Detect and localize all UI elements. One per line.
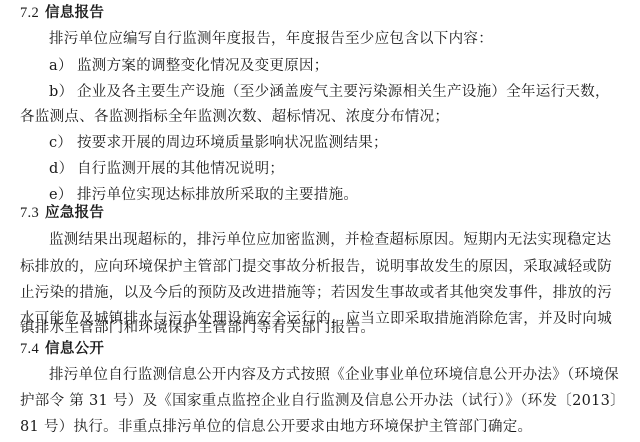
- paragraph-line: 排污单位自行监测信息公开内容及方式按照《企业事业单位环境信息公开办法》（环境保: [49, 365, 619, 385]
- paragraph-line: 镇排水主管部门和环境保护主管部门等有关部门报告。: [20, 318, 375, 338]
- section-heading-7-3: 7.3应急报告: [20, 203, 104, 223]
- list-item-a: a）监测方案的调整变化情况及变更原因；: [49, 56, 329, 76]
- list-item-c: c）按要求开展的周边环境质量影响状况监测结果；: [49, 133, 388, 153]
- list-item-b: b）企业及各主要生产设施（至少涵盖废气主要污染源相关生产设施）全年运行天数，: [49, 82, 610, 102]
- paragraph-intro: 排污单位应编写自行监测年度报告，年度报告至少应包含以下内容：: [49, 29, 493, 49]
- document-page: 7.2信息报告 排污单位应编写自行监测年度报告，年度报告至少应包含以下内容： a…: [0, 0, 640, 442]
- paragraph-line: 监测结果出现超标的，排污单位应加密监测，并检查超标原因。短期内无法实现稳定达: [49, 230, 611, 250]
- paragraph-line: 止污染的措施，以及今后的预防及改进措施等；若因发生事故或者其他突发事件，排放的污: [20, 283, 612, 303]
- list-item-e: e）排污单位实现达标排放所采取的主要措施。: [49, 185, 358, 205]
- paragraph-line: 81 号）执行。非重点排污单位的信息公开要求由地方环境保护主管部门确定。: [20, 417, 532, 437]
- section-heading-7-4: 7.4信息公开: [20, 339, 104, 359]
- paragraph-line: 护部令 第 31 号）及《国家重点监控企业自行监测及信息公开办法（试行）》（环发…: [20, 391, 625, 411]
- list-item-b-continuation: 各监测点、各监测指标全年监测次数、超标情况、浓度分布情况；: [20, 107, 449, 127]
- section-heading-7-2: 7.2信息报告: [20, 3, 104, 23]
- paragraph-line: 标排放的，应向环境保护主管部门提交事故分析报告，说明事故发生的原因，采取减轻或防: [20, 257, 612, 277]
- list-item-d: d）自行监测开展的其他情况说明；: [49, 159, 284, 179]
